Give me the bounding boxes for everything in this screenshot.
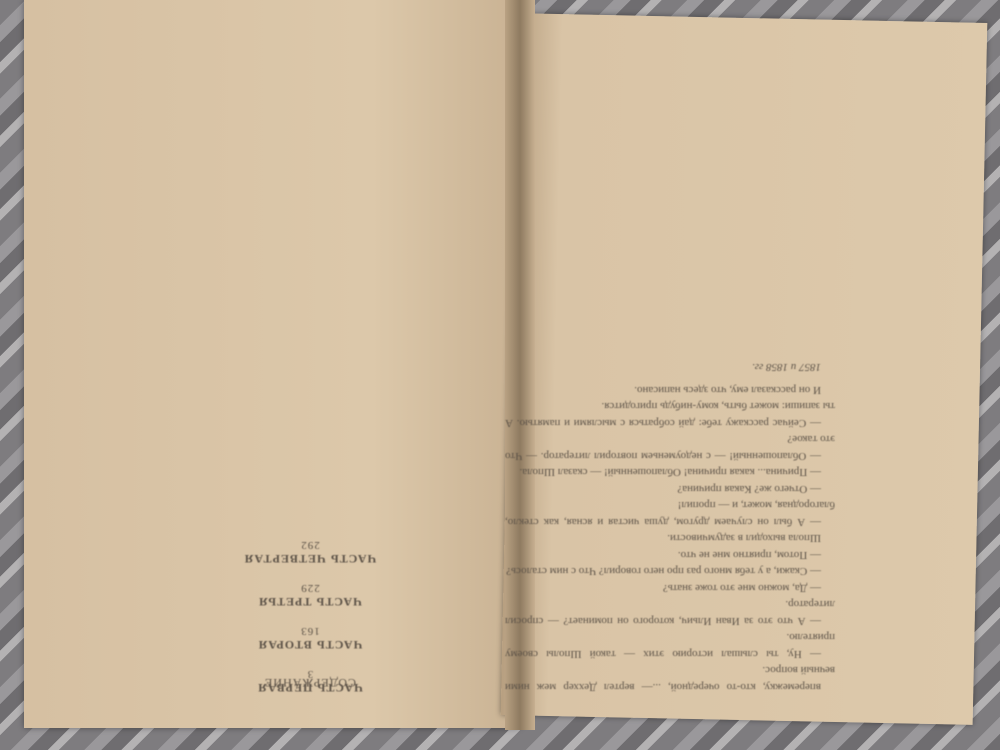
text-line: — Сейчас расскажу тебе: дай собраться с … — [505, 398, 835, 431]
toc-page: 292 — [230, 539, 390, 551]
text-line: — Причина... какая причина! Облапошенный… — [505, 464, 835, 481]
toc-label: ЧАСТЬ ВТОРАЯ — [230, 637, 390, 652]
toc-entry: ЧАСТЬ ПЕРВАЯ3 — [230, 668, 390, 695]
toc-label: ЧАСТЬ ТРЕТЬЯ — [230, 594, 390, 609]
toc-entry: ЧАСТЬ ВТОРАЯ163 — [230, 625, 390, 652]
text-line: вперемежку, кто-то очередной, ...— верте… — [505, 662, 835, 695]
text-line: — А что это за Иван Ильич, которого он п… — [505, 596, 835, 629]
toc-page: 163 — [230, 625, 390, 637]
text-line: И он рассказал ему, что здесь написано. — [505, 382, 835, 399]
toc-label: ЧАСТЬ ПЕРВАЯ — [230, 680, 390, 695]
page-text: вперемежку, кто-то очередной, ...— верте… — [505, 385, 835, 695]
toc-entry: ЧАСТЬ ТРЕТЬЯ229 — [230, 582, 390, 609]
text-line: — Да, можно мне это тоже знать? — [505, 580, 835, 597]
text-line: — Скажи, а у тебя много раз про него гов… — [505, 563, 835, 580]
text-line: — А был он случаем другом, душа чистая и… — [505, 497, 835, 530]
toc-label: ЧАСТЬ ЧЕТВЕРТАЯ — [230, 551, 390, 566]
text-line: — Ну, ты слышал историю этих — такой Шпо… — [505, 629, 835, 662]
table-of-contents: СОДЕРЖАНИЕ ЧАСТЬ ПЕРВАЯ3 ЧАСТЬ ВТОРАЯ163… — [230, 425, 390, 695]
signature-date: 1857 и 1858 гг. — [505, 359, 835, 376]
text-line: — Отчего же? Какая причина? — [505, 481, 835, 498]
toc-page: 3 — [230, 668, 390, 680]
toc-page: 229 — [230, 582, 390, 594]
toc-entry: ЧАСТЬ ЧЕТВЕРТАЯ292 — [230, 539, 390, 566]
text-line: — Облапошенный! — с недоуменьем повторил… — [505, 431, 835, 464]
text-line: Шпола выходил в задумчивости. — [505, 530, 835, 547]
text-line: — Потом, приятно мне не что. — [505, 547, 835, 564]
